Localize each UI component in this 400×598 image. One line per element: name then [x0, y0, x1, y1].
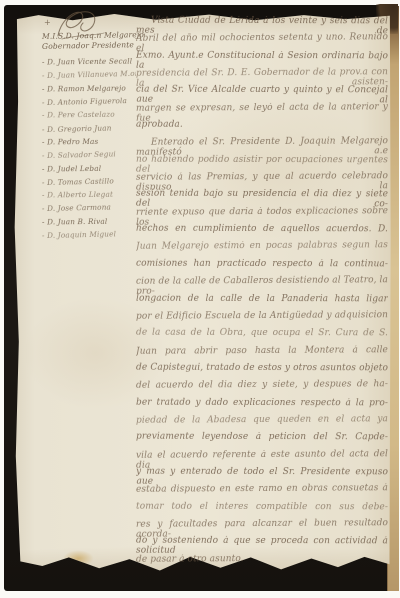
body-line: vila el acuerdo referente á este asunto …	[136, 449, 388, 468]
attendee-name: - D. Salvador Segui	[42, 149, 136, 165]
body-line: piedad de la Abadesa que queden en el ac…	[136, 414, 388, 433]
body-line: do y sosteniendo á que se proceda con ac…	[136, 536, 388, 554]
body-line: Vista Ciudad de Lérida á los veinte y se…	[136, 16, 388, 34]
body-line: margen se expresan, se leyó el acta de l…	[136, 102, 388, 121]
body-line: previamente leyendose á peticion del Sr.…	[136, 432, 388, 450]
attendee-name: - D. Jose Carmona	[42, 202, 136, 218]
attendance-margin-column: M.I.S.D. Joaq.n Melgarejo Gobernador Pre…	[42, 31, 136, 243]
body-line: estaba dispuesto en este ramo en obras c…	[136, 484, 388, 503]
body-line: Enterado el Sr. Presidente D. Joaquin Me…	[136, 137, 388, 156]
body-line: sesion tenida bajo su presidencia el dia…	[136, 189, 388, 207]
attendee-name: - D. Joaquin Miguel	[42, 229, 136, 245]
body-line: hechos en cumplimiento de aquellos acuer…	[136, 224, 388, 242]
body-line: Abril del año mil ochocientos setenta y …	[136, 33, 388, 52]
body-line: de Capistegui, tratado de estos y otros …	[136, 363, 388, 381]
body-line: longacion de la calle de la Panaderia ha…	[136, 293, 388, 311]
attendee-name: - D. Juan Villanueva M.or	[42, 69, 136, 85]
manuscript-scan: + M.I.S.D. Joaq.n Melgarejo Gobernador P…	[0, 0, 400, 598]
body-line: presidencia del Sr. D. E. Gobernador de …	[136, 67, 388, 86]
body-line: de pasar á otro asunto.	[136, 553, 388, 572]
body-line: por el Edificio Escuela de la Antigüedad…	[136, 310, 388, 329]
presiding-officer-title: Gobernador Presidente	[42, 40, 136, 51]
margin-cross-mark: +	[44, 18, 51, 27]
minutes-body-text: Vista Ciudad de Lérida á los veinte y se…	[136, 16, 388, 571]
body-line: y mas y enterado de todo el Sr. Presiden…	[136, 467, 388, 485]
attendee-list: - D. Juan Vicente Secall- D. Juan Villan…	[42, 57, 136, 243]
attendee-name: - D. Pere Castelazo	[42, 110, 136, 124]
body-line: Exmo. Ayunt.e Constitucional á Sesion or…	[136, 50, 388, 68]
body-line: tomar todo el interes compatible con sus…	[136, 501, 388, 519]
body-line: de la casa de la Obra, que ocupa el Sr. …	[136, 328, 388, 346]
body-line: Juan Melgarejo estimó en pocas palabras …	[136, 241, 388, 260]
body-line: rriente expuso que daria á todos explica…	[136, 206, 388, 225]
body-line: res y facultades para alcanzar el buen r…	[136, 518, 388, 537]
body-line: Juan para abrir paso hasta la Montera á …	[136, 345, 388, 364]
body-line: cia del Sr. Vice Alcalde cuarto y quinto…	[136, 85, 388, 103]
body-line: servicio á las Premias, y que al acuerdo…	[136, 171, 388, 190]
body-line: comisiones han practicado respecto á la …	[136, 258, 388, 276]
body-line: aprobada.	[136, 120, 388, 138]
body-line: cion de la calle de Caballeros desistien…	[136, 275, 388, 294]
body-line: no habiendo podido asistir por ocupacion…	[136, 154, 388, 172]
body-line: ber tratado y dado explicaciones respect…	[136, 397, 388, 415]
body-line: del acuerdo del dia diez y siete, y desp…	[136, 379, 388, 398]
